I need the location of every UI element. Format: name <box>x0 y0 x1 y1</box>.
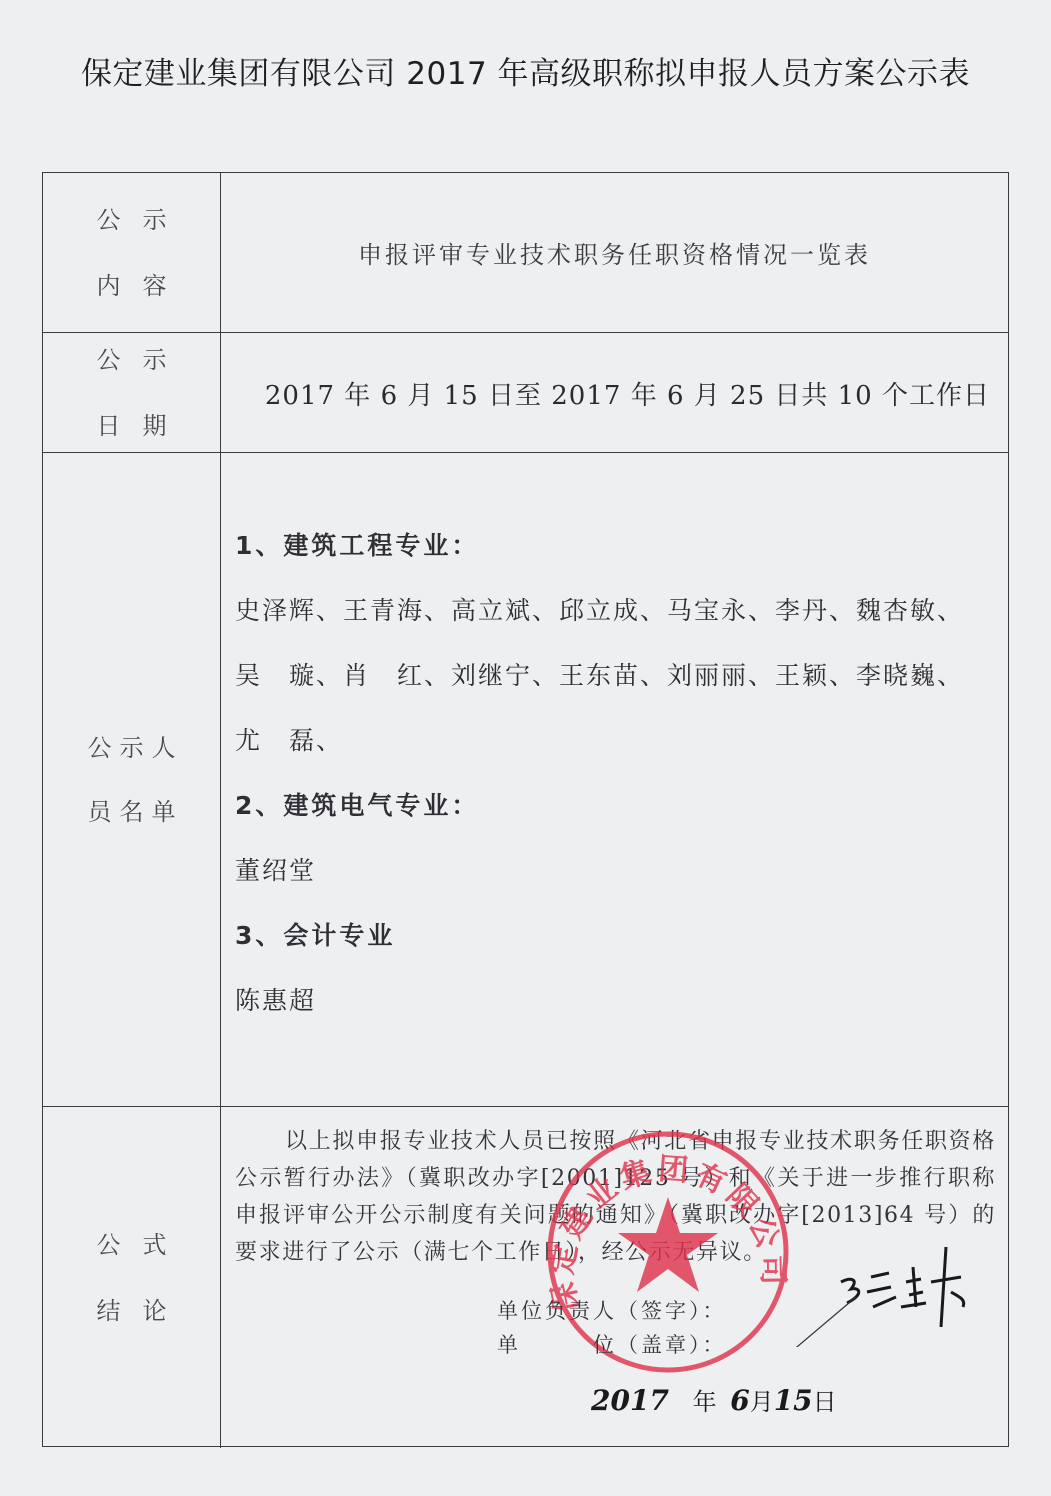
label-line: 公示人 <box>88 716 184 780</box>
announcement-table: 公示 内容 申报评审专业技术职务任职资格情况一览表 公示 日期 2017 年 6… <box>42 172 1009 1447</box>
name-line: 陈惠超 <box>235 968 998 1033</box>
section-heading-architecture: 1、建筑工程专业： <box>235 513 998 578</box>
date-day-unit: 日 <box>813 1388 837 1416</box>
date-cell: 2017 年 6 月 15 日至 2017 年 6 月 25 日共 10 个工作… <box>221 333 1008 452</box>
name-line: 董绍堂 <box>235 838 998 903</box>
content-cell: 申报评审专业技术职务任职资格情况一览表 <box>221 173 1008 332</box>
signer-label: 单位负责人（签字）： <box>497 1295 727 1325</box>
announcement-content-text: 申报评审专业技术职务任职资格情况一览表 <box>221 235 1008 270</box>
row-conclusion: 公式 结论 以上拟申报专业技术人员已按照《河北省申报专业技术职务任职资格公示暂行… <box>43 1107 1008 1448</box>
label-line: 结论 <box>97 1278 189 1344</box>
label-line: 内容 <box>97 253 189 319</box>
conclusion-paragraph: 以上拟申报专业技术人员已按照《河北省申报专业技术职务任职资格公示暂行办法》（冀职… <box>235 1123 996 1271</box>
personnel-cell: 1、建筑工程专业： 史泽辉、王青海、高立斌、邱立成、马宝永、李丹、魏杏敏、 吴 … <box>221 453 1008 1106</box>
section-heading-accounting: 3、会计专业 <box>235 903 998 968</box>
announcement-date-text: 2017 年 6 月 15 日至 2017 年 6 月 25 日共 10 个工作… <box>221 375 990 412</box>
date-month-unit: 月 <box>750 1388 774 1416</box>
personnel-list: 1、建筑工程专业： 史泽辉、王青海、高立斌、邱立成、马宝永、李丹、魏杏敏、 吴 … <box>235 513 998 1033</box>
seal-label: 单 位（盖章）： <box>497 1329 727 1359</box>
label-conclusion: 公式 结论 <box>43 1107 221 1448</box>
date-year: 2017 <box>591 1384 669 1417</box>
name-line: 尤 磊、 <box>235 708 998 773</box>
label-line: 日期 <box>97 393 189 459</box>
label-announcement-content: 公示 内容 <box>43 173 221 332</box>
conclusion-cell: 以上拟申报专业技术人员已按照《河北省申报专业技术职务任职资格公示暂行办法》（冀职… <box>221 1107 1008 1448</box>
date-year-unit: 年 <box>693 1388 717 1416</box>
section-heading-electrical: 2、建筑电气专业： <box>235 773 998 838</box>
signing-date: 2017 年 6月15日 <box>591 1382 837 1417</box>
name-line: 史泽辉、王青海、高立斌、邱立成、马宝永、李丹、魏杏敏、 <box>235 578 998 643</box>
label-line: 公式 <box>97 1212 189 1278</box>
document-title: 保定建业集团有限公司 2017 年高级职称拟申报人员方案公示表 <box>0 48 1051 93</box>
date-day: 15 <box>774 1384 813 1417</box>
label-line: 员名单 <box>88 780 184 844</box>
row-announcement-date: 公示 日期 2017 年 6 月 15 日至 2017 年 6 月 25 日共 … <box>43 333 1008 453</box>
label-line: 公示 <box>97 187 189 253</box>
row-personnel-list: 公示人 员名单 1、建筑工程专业： 史泽辉、王青海、高立斌、邱立成、马宝永、李丹… <box>43 453 1008 1107</box>
label-personnel-list: 公示人 员名单 <box>43 453 221 1106</box>
name-line: 吴 璇、肖 红、刘继宁、王东苗、刘丽丽、王颖、李晓巍、 <box>235 643 998 708</box>
label-line: 公示 <box>97 327 189 393</box>
row-announcement-content: 公示 内容 申报评审专业技术职务任职资格情况一览表 <box>43 173 1008 333</box>
date-month: 6 <box>730 1384 749 1417</box>
label-announcement-date: 公示 日期 <box>43 333 221 452</box>
